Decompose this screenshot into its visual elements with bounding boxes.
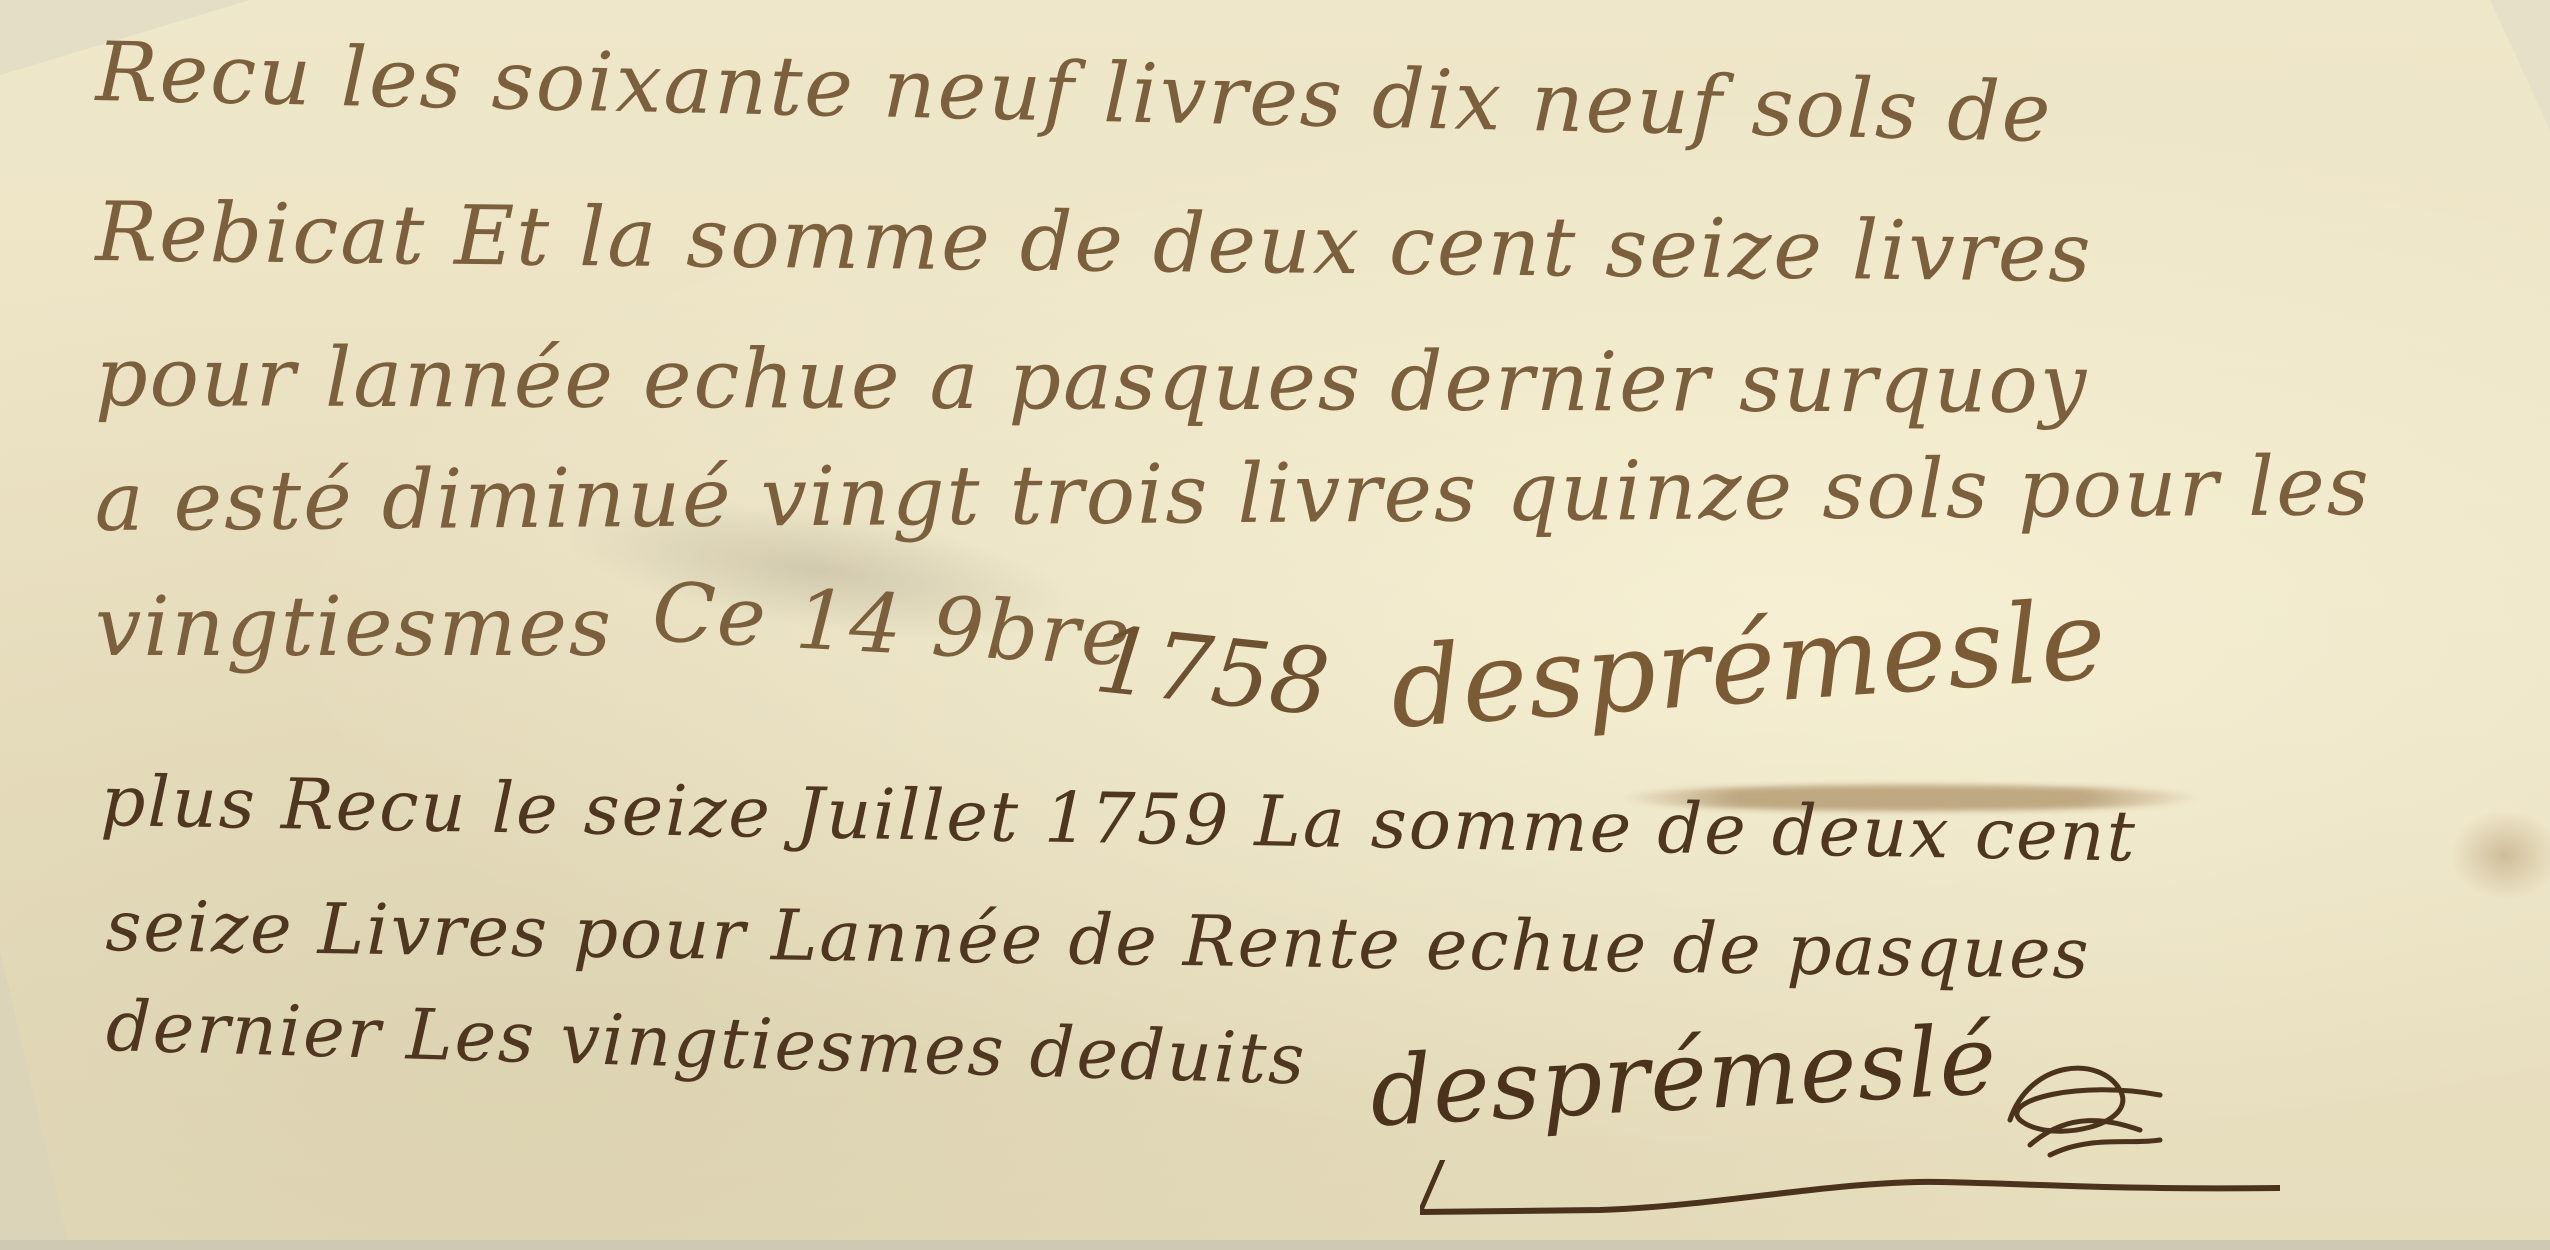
entry1-line-3: pour lannée echue a pasques dernier surq… [95, 330, 2088, 432]
paper-bottom-edge [0, 1240, 2550, 1250]
paper-corner-bottom-left [0, 950, 70, 1250]
paraphe-flourish-icon [1990, 1050, 2180, 1160]
entry1-line-4: a esté diminué vingt trois livres quinze… [94, 439, 2371, 550]
ink-stain-right [2450, 810, 2550, 900]
paper-corner-top-right [2490, 0, 2550, 130]
signature-underline-icon [1420, 1160, 2280, 1220]
entry1-line-5: vingtiesmes [95, 580, 613, 675]
